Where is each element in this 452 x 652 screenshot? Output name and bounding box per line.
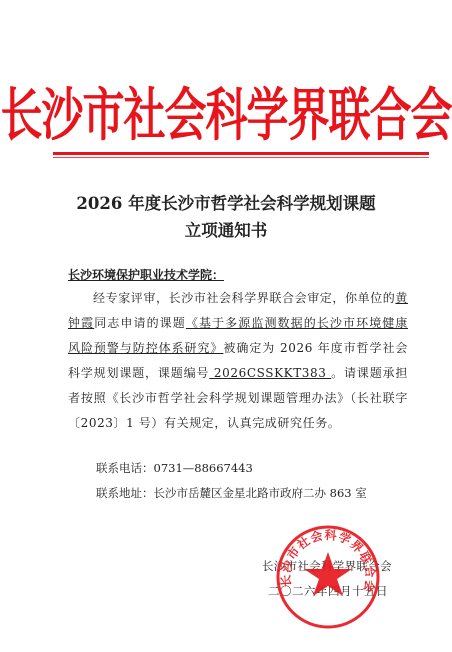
contact-address: 联系地址：长沙市岳麓区金星北路市政府二办 863 室 (96, 485, 367, 501)
addressee: 长沙环境保护职业技术学院： (68, 266, 224, 283)
star-icon (304, 552, 352, 596)
document-title-line2: 立项通知书 (0, 217, 452, 241)
seal-graphic: 长沙市社会科学界联合会 (273, 522, 383, 632)
letterhead-rule-thin (53, 157, 429, 158)
letterhead-rule-thick (53, 152, 429, 155)
official-seal: 长沙市社会科学界联合会 (273, 522, 383, 632)
document-title-line1: 2026 年度长沙市哲学社会科学规划课题 (0, 190, 452, 214)
body-paragraph: 经专家评审，长沙市社会科学界联合会审定，你单位的黄钟霞同志申请的课题《基于多源监… (68, 286, 408, 436)
project-code: 2026CSSKKT383 (209, 366, 331, 380)
applicant-suffix: 同志申请的课题 (94, 316, 186, 330)
contact-phone: 联系电话：0731—88667443 (96, 460, 253, 476)
letterhead-title: 长沙市社会科学界联合会 (0, 86, 452, 145)
body-intro: 经专家评审，长沙市社会科学界联合会审定，你单位的 (93, 291, 395, 305)
